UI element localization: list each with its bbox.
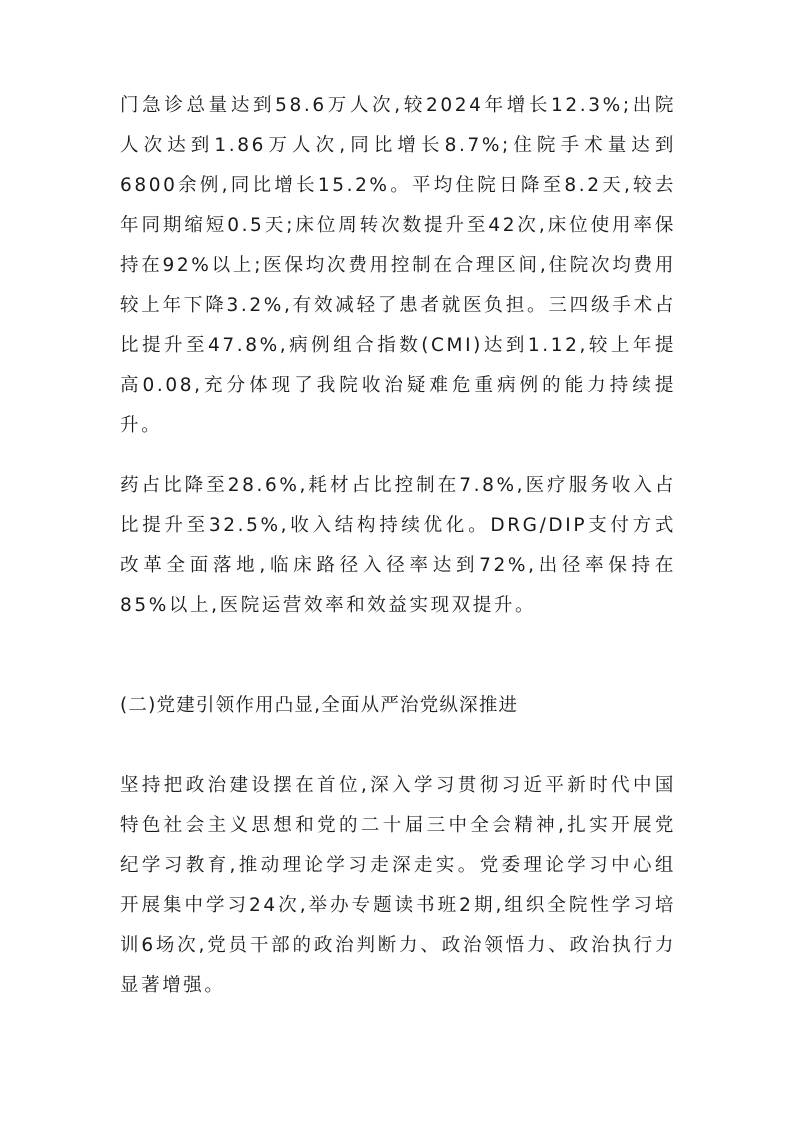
paragraph-political-study: 坚持把政治建设摆在首位,深入学习贯彻习近平新时代中国特色社会主义思想和党的二十届…	[120, 766, 676, 1006]
section-heading-party-building: (二)党建引领作用凸显,全面从严治党纵深推进	[120, 686, 676, 726]
paragraph-medical-service-metrics: 门急诊总量达到58.6万人次,较2024年增长12.3%;出院人次达到1.86万…	[120, 86, 676, 446]
paragraph-revenue-structure: 药占比降至28.6%,耗材占比控制在7.8%,医疗服务收入占比提升至32.5%,…	[120, 466, 676, 626]
document-page: 门急诊总量达到58.6万人次,较2024年增长12.3%;出院人次达到1.86万…	[0, 0, 793, 1122]
